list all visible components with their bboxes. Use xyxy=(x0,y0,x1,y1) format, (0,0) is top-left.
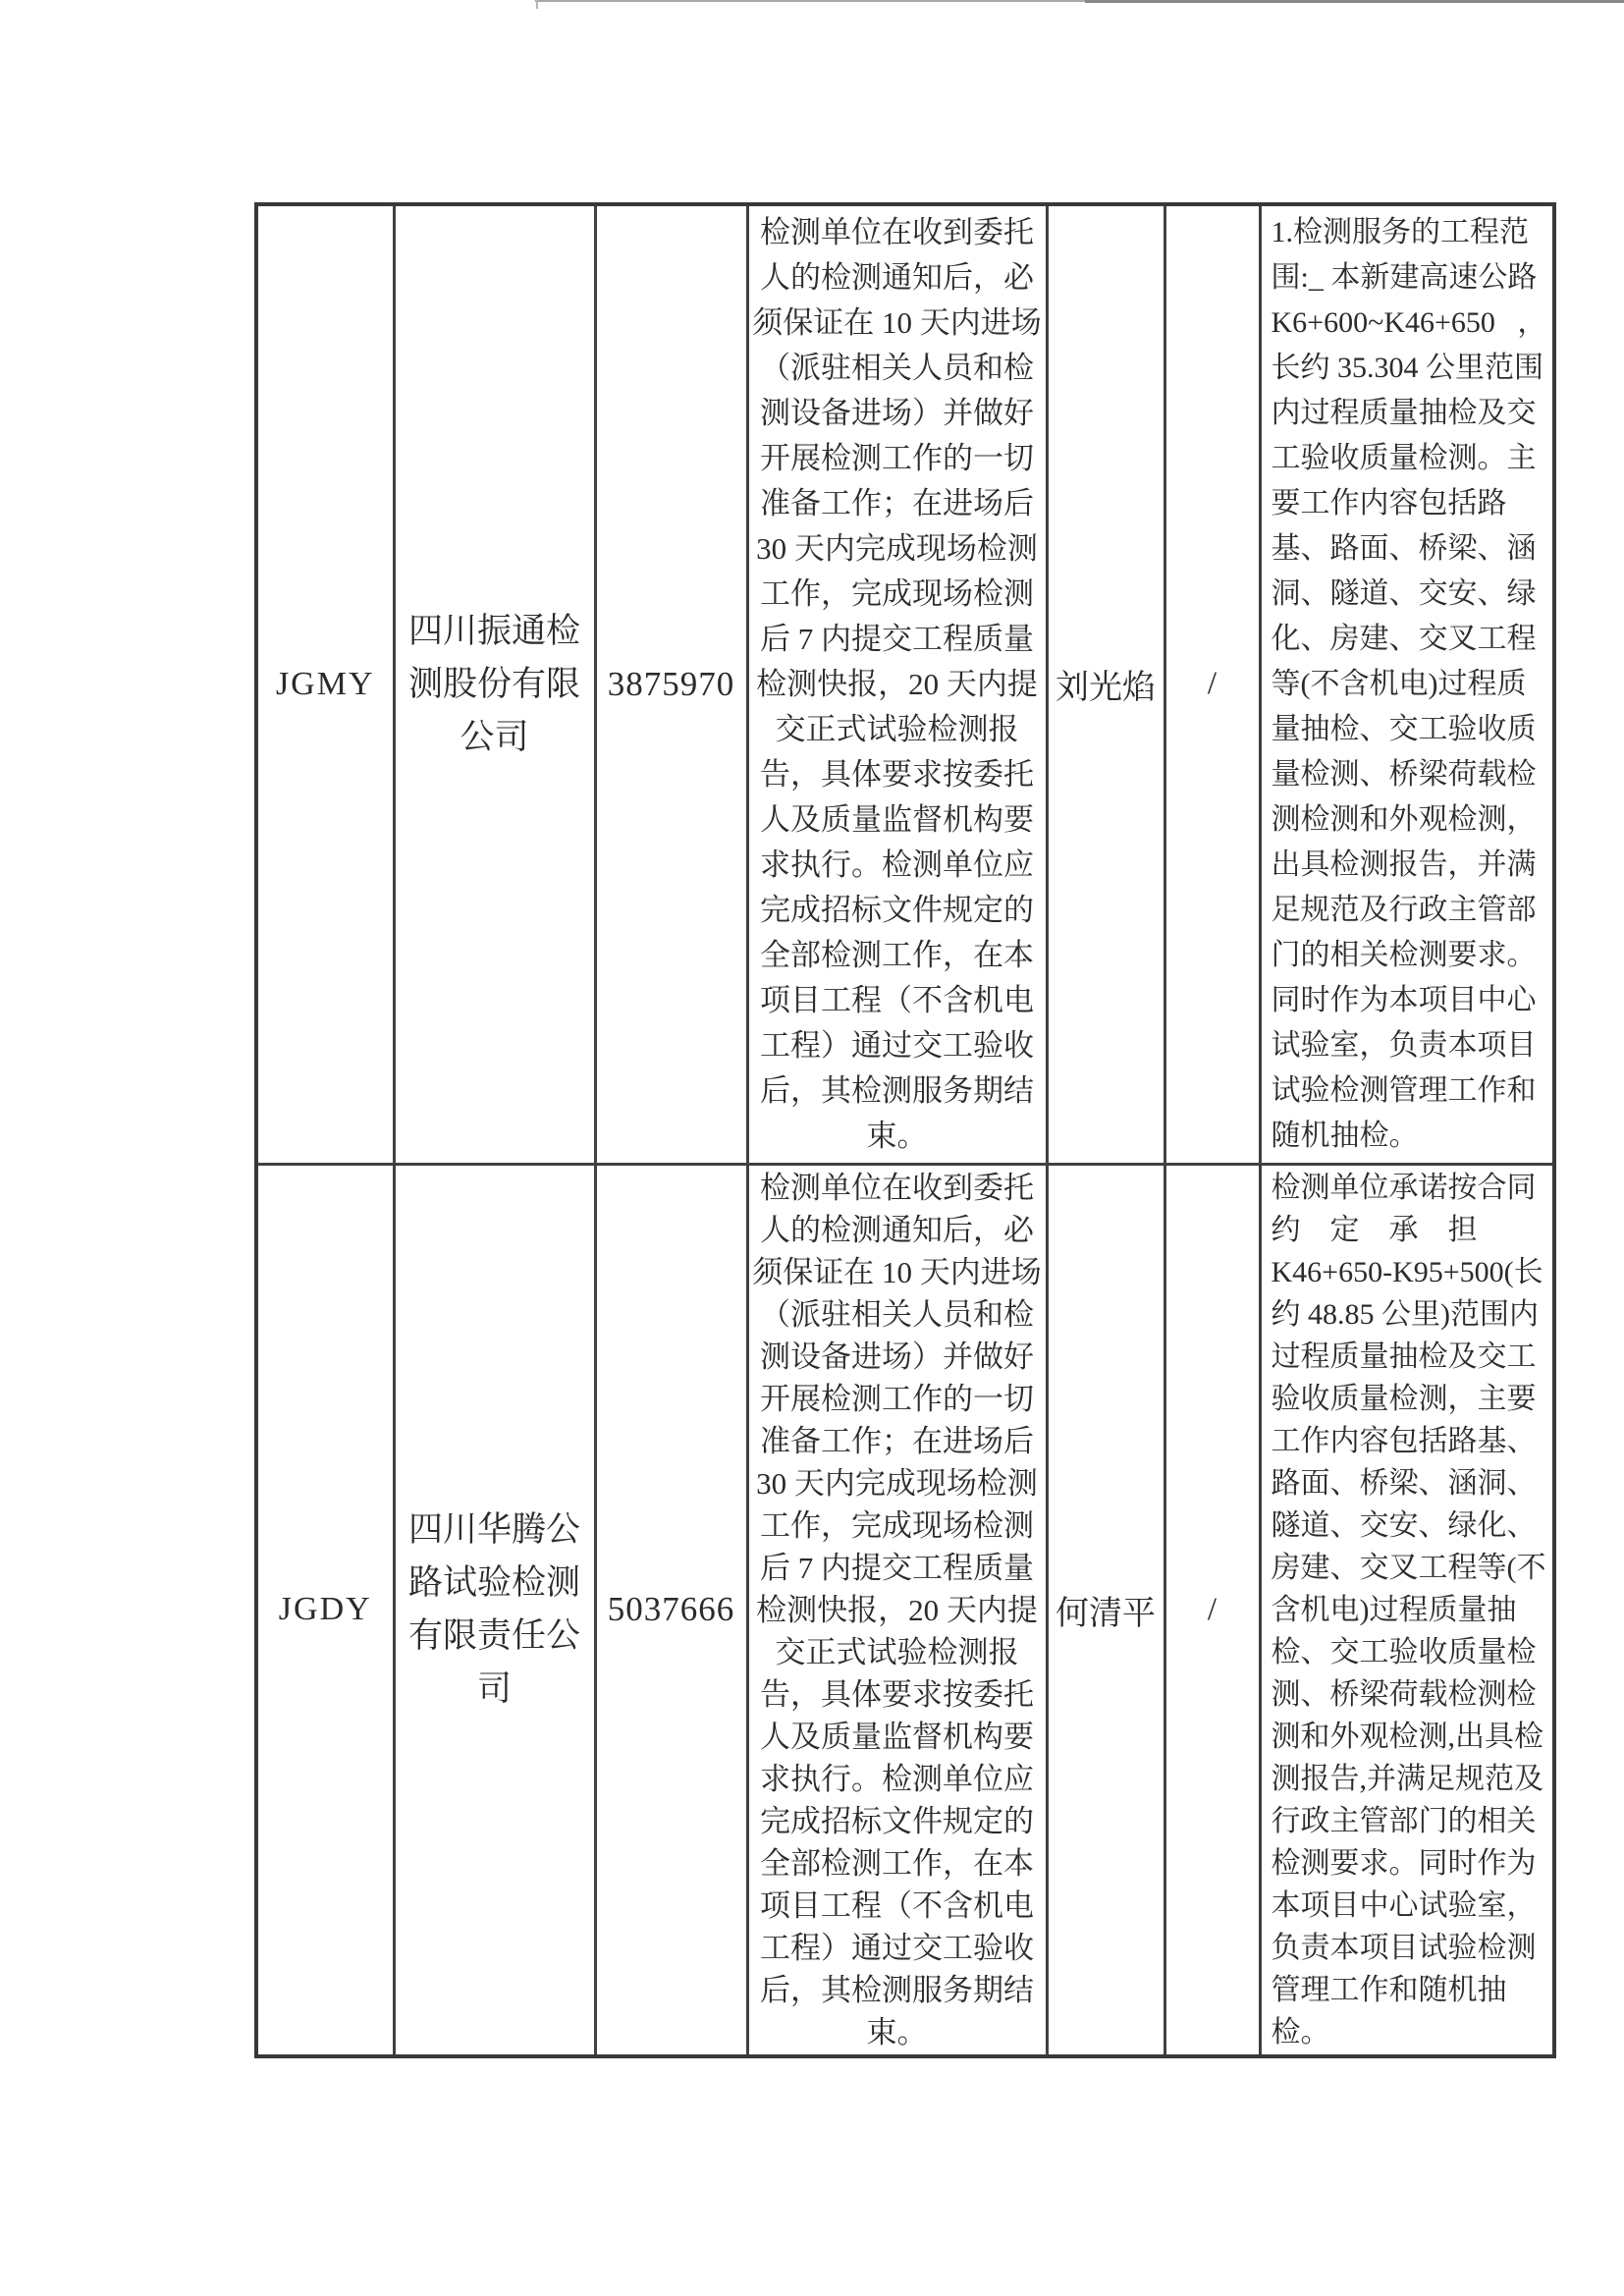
person-name: 刘光焰 xyxy=(1047,204,1164,1164)
bid-price: 3875970 xyxy=(595,204,747,1164)
scan-artifact-line xyxy=(535,0,1085,2)
table-row: JGMY 四川振通检 测股份有限 公司 3875970 检测单位在收到委托 人的… xyxy=(256,204,1554,1164)
service-commitment: 检测单位在收到委托 人的检测通知后，必 须保证在 10 天内进场 （派驻相关人员… xyxy=(747,1164,1047,2056)
bid-section-code: JGMY xyxy=(256,204,394,1164)
service-commitment: 检测单位在收到委托 人的检测通知后，必 须保证在 10 天内进场 （派驻相关人员… xyxy=(747,204,1047,1164)
empty-slash: / xyxy=(1164,204,1260,1164)
company-name: 四川振通检 测股份有限 公司 xyxy=(394,204,595,1164)
scan-artifact-line xyxy=(1085,0,1624,3)
work-scope: 检测单位承诺按合同 约 定 承 担 K46+650-K95+500(长 约 48… xyxy=(1260,1164,1554,2056)
bid-price: 5037666 xyxy=(595,1164,747,2056)
bid-section-code: JGDY xyxy=(256,1164,394,2056)
table-row: JGDY 四川华腾公 路试验检测 有限责任公 司 5037666 检测单位在收到… xyxy=(256,1164,1554,2056)
person-name: 何清平 xyxy=(1047,1164,1164,2056)
company-name: 四川华腾公 路试验检测 有限责任公 司 xyxy=(394,1164,595,2056)
work-scope: 1.检测服务的工程范 围:_ 本新建高速公路 K6+600~K46+650 ， … xyxy=(1260,204,1554,1164)
scan-artifact-tick xyxy=(536,0,538,9)
bid-evaluation-table: JGMY 四川振通检 测股份有限 公司 3875970 检测单位在收到委托 人的… xyxy=(254,202,1556,2058)
scanned-document-page: JGMY 四川振通检 测股份有限 公司 3875970 检测单位在收到委托 人的… xyxy=(0,0,1624,2296)
empty-slash: / xyxy=(1164,1164,1260,2056)
